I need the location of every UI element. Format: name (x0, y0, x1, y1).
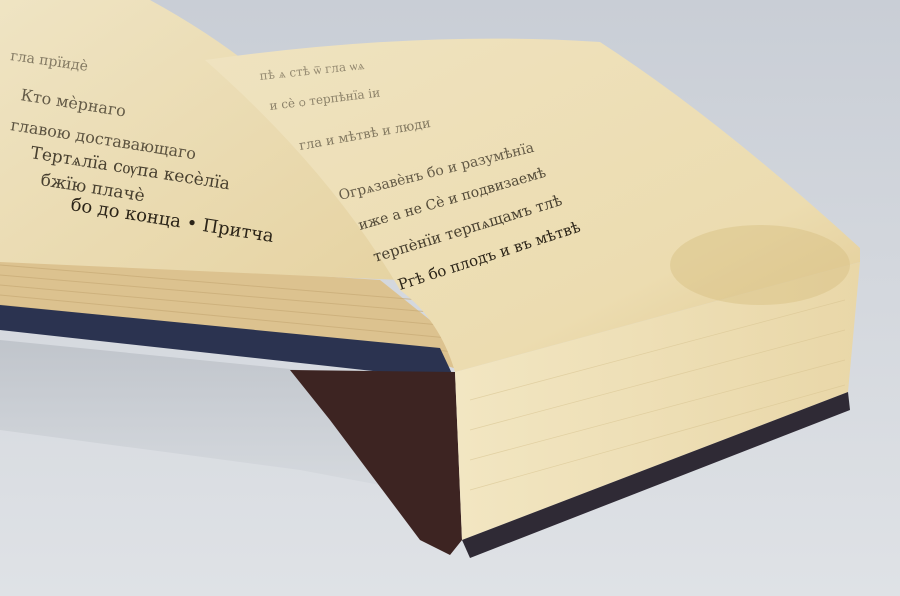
book-photo: Open antique book with Church Slavonic t… (0, 0, 900, 596)
book-illustration: гла прїидѐ Кто мѐрнаго главою доставающа… (0, 0, 900, 596)
